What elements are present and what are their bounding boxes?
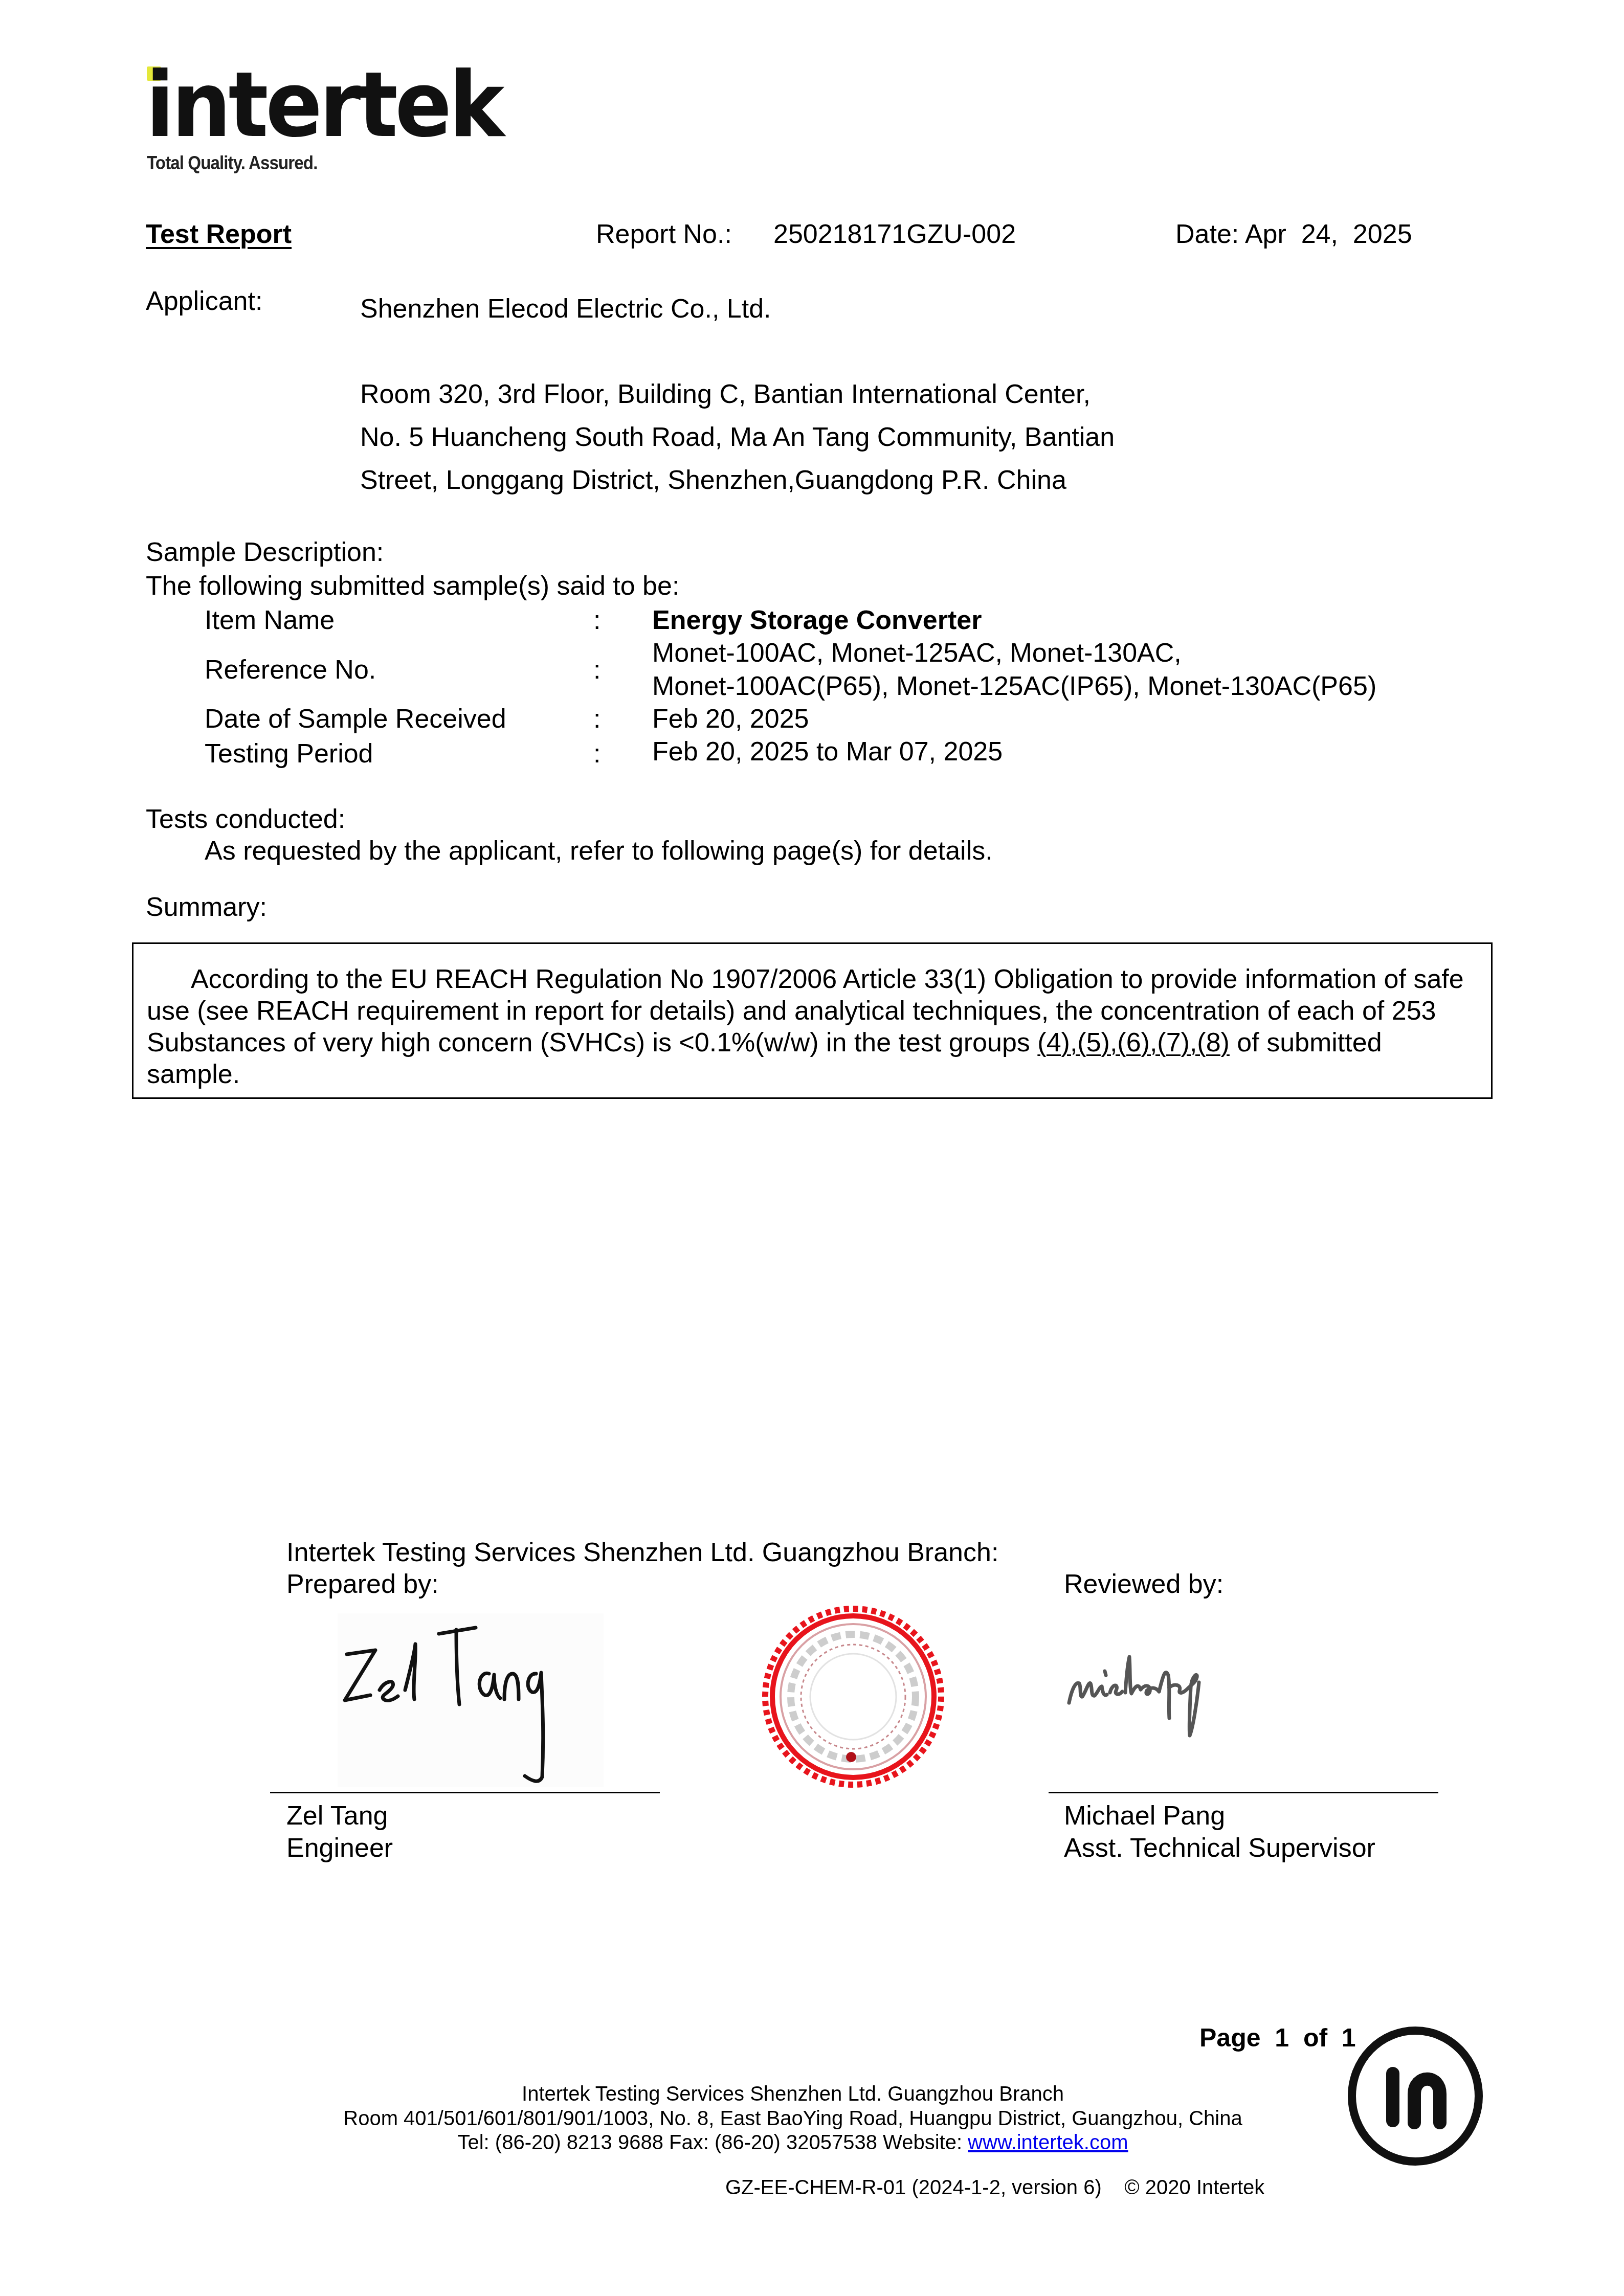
summary-heading: Summary: [146, 894, 267, 920]
reviewer-signature-line [1049, 1792, 1438, 1793]
test-groups: (4),(5),(6),(7),(8) [1037, 1028, 1230, 1057]
prepared-by-label: Prepared by: [286, 1571, 439, 1597]
preparer-signature [338, 1613, 604, 1787]
seal-stamp-icon [756, 1605, 950, 1794]
item-name-value: Energy Storage Converter [652, 607, 982, 634]
applicant-address-line: Room 320, 3rd Floor, Building C, Bantian… [360, 381, 1091, 408]
date-received-value: Feb 20, 2025 [652, 706, 809, 732]
field-separator: : [593, 706, 600, 732]
preparer-name: Zel Tang [286, 1803, 388, 1829]
summary-text: According to the EU REACH Regulation No … [147, 963, 1477, 1090]
testing-period-value: Feb 20, 2025 to Mar 07, 2025 [652, 738, 1003, 765]
field-separator: : [593, 607, 600, 634]
report-date: Date: Apr 24, 2025 [1175, 221, 1412, 247]
reviewer-name: Michael Pang [1064, 1803, 1225, 1829]
logo-tagline: Total Quality. Assured. [147, 152, 317, 174]
signing-organization: Intertek Testing Services Shenzhen Ltd. … [286, 1539, 998, 1566]
signature-michael-pang-icon [1059, 1626, 1212, 1744]
form-code-text: GZ-EE-CHEM-R-01 (2024-1-2, version 6) [725, 2176, 1102, 2199]
date-value: Apr 24, 2025 [1245, 219, 1412, 249]
preparer-title: Engineer [286, 1835, 393, 1861]
page-indicator: Page 1 of 1 [1199, 2025, 1356, 2051]
field-separator: : [593, 740, 600, 767]
footer-contact-text: Tel: (86-20) 8213 9688 Fax: (86-20) 3205… [457, 2131, 968, 2154]
summary-box: According to the EU REACH Regulation No … [132, 942, 1493, 1099]
report-title: Test Report [146, 221, 292, 247]
report-no-label: Report No.: [596, 221, 732, 247]
copyright: © 2020 Intertek [1124, 2176, 1264, 2199]
date-label: Date: [1175, 219, 1239, 249]
applicant-address-line: No. 5 Huancheng South Road, Ma An Tang C… [360, 424, 1115, 451]
field-label-reference-no: Reference No. [205, 657, 376, 683]
company-seal [756, 1605, 950, 1794]
logo-wordmark: intertek [146, 60, 502, 150]
footer-contact: Tel: (86-20) 8213 9688 Fax: (86-20) 3205… [0, 2132, 1586, 2153]
tests-heading: Tests conducted: [146, 806, 345, 832]
report-no: 250218171GZU-002 [773, 221, 1016, 247]
applicant-label: Applicant: [146, 288, 262, 314]
field-label-testing-period: Testing Period [205, 740, 373, 767]
sample-intro: The following submitted sample(s) said t… [146, 573, 679, 599]
field-label-item-name: Item Name [205, 607, 335, 634]
reference-no-line: Monet-100AC(P65), Monet-125AC(IP65), Mon… [652, 673, 1376, 700]
footer-company: Intertek Testing Services Shenzhen Ltd. … [0, 2084, 1586, 2104]
reviewer-title: Asst. Technical Supervisor [1064, 1835, 1375, 1861]
field-separator: : [593, 657, 600, 683]
reviewed-by-label: Reviewed by: [1064, 1571, 1223, 1597]
applicant-name: Shenzhen Elecod Electric Co., Ltd. [360, 296, 771, 322]
reference-no-line: Monet-100AC, Monet-125AC, Monet-130AC, [652, 640, 1182, 666]
applicant-address-line: Street, Longgang District, Shenzhen,Guan… [360, 467, 1066, 493]
intertek-logo: intertek Total Quality. Assured. [146, 60, 463, 170]
website-link[interactable]: www.intertek.com [968, 2131, 1128, 2154]
tests-text: As requested by the applicant, refer to … [205, 838, 993, 864]
sample-description-heading: Sample Description: [146, 539, 384, 566]
preparer-signature-line [270, 1792, 660, 1793]
field-label-date-received: Date of Sample Received [205, 706, 506, 732]
reviewer-signature [1059, 1626, 1212, 1744]
form-code: GZ-EE-CHEM-R-01 (2024-1-2, version 6) © … [725, 2177, 1264, 2198]
footer-address: Room 401/501/601/801/901/1003, No. 8, Ea… [0, 2108, 1586, 2129]
signature-zel-tang-icon [338, 1613, 604, 1787]
